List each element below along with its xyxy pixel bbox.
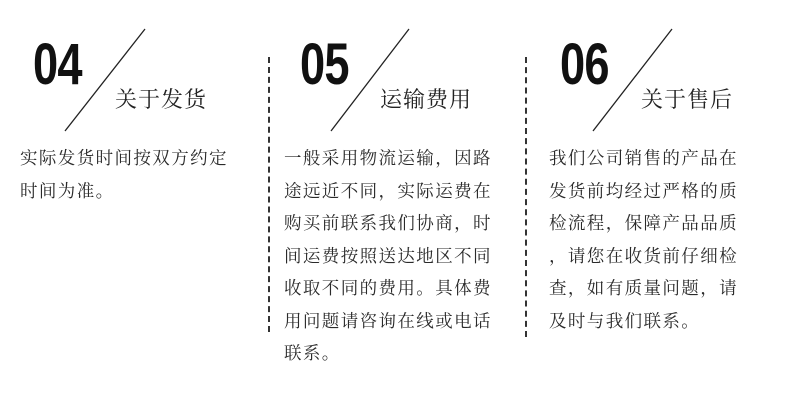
section-shipping-cost: 05 运输费用 一般采用物流运输，因路 途远近不同，实际运费在 购买前联系我们协… [270, 0, 525, 398]
section-title: 运输费用 [380, 86, 472, 116]
section-title: 关于售后 [641, 86, 733, 116]
section-body: 一般采用物流运输，因路 途远近不同，实际运费在 购买前联系我们协商，时 间运费按… [284, 143, 524, 371]
section-body: 我们公司销售的产品在 发货前均经过严格的质 检流程，保障产品品质 ，请您在收货前… [549, 143, 789, 338]
section-shipping: 04 关于发货 实际发货时间按双方约定 时间为准。 [0, 0, 268, 398]
section-body: 实际发货时间按双方约定 时间为准。 [20, 143, 260, 208]
diagonal-slash-decoration [328, 28, 418, 132]
section-after-sales: 06 关于售后 我们公司销售的产品在 发货前均经过严格的质 检流程，保障产品品质… [527, 0, 790, 398]
section-title: 关于发货 [115, 86, 207, 116]
diagonal-slash-decoration [590, 28, 680, 132]
diagonal-slash-decoration [62, 28, 152, 132]
